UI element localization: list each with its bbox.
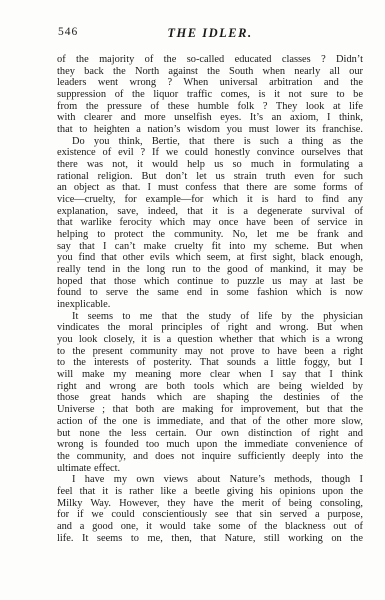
text-line: that to heighten a nation’s wisdom you m… — [57, 124, 363, 136]
text-line: existence of evil ? If we could honestly… — [57, 147, 363, 159]
paragraph: of the majority of the so-called educate… — [57, 54, 363, 136]
running-header: 546 THE IDLER. — [57, 26, 363, 41]
text-line: that warlike ferocity which may once hav… — [57, 217, 363, 229]
text-line: inexplicable. — [57, 299, 363, 311]
text-line: those great hands which are shaping the … — [57, 392, 363, 404]
journal-title: THE IDLER. — [57, 26, 363, 41]
text-line: for if we could conscientiously see that… — [57, 509, 363, 521]
text-line: Do you think, Bertie, that there is such… — [57, 136, 363, 148]
page-number: 546 — [58, 26, 78, 38]
text-line: from the pressure of these humble folk ?… — [57, 101, 363, 113]
text-line: there was not, it would help us so much … — [57, 159, 363, 171]
text-line: life. It seems to me, then, that Nature,… — [57, 533, 363, 545]
text-line: they back the North against the South wh… — [57, 66, 363, 78]
text-line: vice—cruelty, for example—for which it i… — [57, 194, 363, 206]
text-line: an object as that. I must confess that t… — [57, 182, 363, 194]
text-line: rational religion. But don’t let us stra… — [57, 171, 363, 183]
text-line: right and wrong are both tools which are… — [57, 381, 363, 393]
paragraph: I have my own views about Nature’s metho… — [57, 474, 363, 544]
text-line: you look closely, it is a question wheth… — [57, 334, 363, 346]
text-line: you find that other evils which seem, at… — [57, 252, 363, 264]
paragraph: It seems to me that the study of life by… — [57, 311, 363, 474]
text-line: will make my meaning more clear when I s… — [57, 369, 363, 381]
text-line: vindicates the moral principles of right… — [57, 322, 363, 334]
text-line: with clearer and more unselfish eyes. It… — [57, 112, 363, 124]
text-line: and a good one, it would take some of th… — [57, 521, 363, 533]
text-line: I have my own views about Nature’s metho… — [57, 474, 363, 486]
text-line: leaders went wrong ? When universal arbi… — [57, 77, 363, 89]
text-line: helping to protect the community. No, le… — [57, 229, 363, 241]
text-line: action of the one is immediate, and that… — [57, 416, 363, 428]
text-line: Milky Way. However, they have the merit … — [57, 498, 363, 510]
text-line: to the interests of posterity. That soun… — [57, 357, 363, 369]
text-line: It seems to me that the study of life by… — [57, 311, 363, 323]
text-block: of the majority of the so-called educate… — [57, 54, 363, 544]
book-page: 546 THE IDLER. of the majority of the so… — [0, 0, 385, 600]
text-line: to the present community may not prove t… — [57, 346, 363, 358]
text-line: but none the less certain. Our own disti… — [57, 428, 363, 440]
text-line: explanation, save, indeed, that it is a … — [57, 206, 363, 218]
text-line: found to serve the same end in some fash… — [57, 287, 363, 299]
text-line: really tend in the long run to the good … — [57, 264, 363, 276]
text-line: hoped that those which continue to puzzl… — [57, 276, 363, 288]
text-line: the community, and does not inquire suff… — [57, 451, 363, 463]
text-line: feel that it is rather like a beetle giv… — [57, 486, 363, 498]
text-line: say that I can’t make cruelty fit into m… — [57, 241, 363, 253]
text-line: wrong is founded too much upon the immed… — [57, 439, 363, 451]
text-line: ultimate effect. — [57, 463, 363, 475]
text-line: suppression of the liquor traffic comes,… — [57, 89, 363, 101]
text-line: of the majority of the so-called educate… — [57, 54, 363, 66]
paragraph: Do you think, Bertie, that there is such… — [57, 136, 363, 311]
text-line: Universe ; that both are making for impr… — [57, 404, 363, 416]
